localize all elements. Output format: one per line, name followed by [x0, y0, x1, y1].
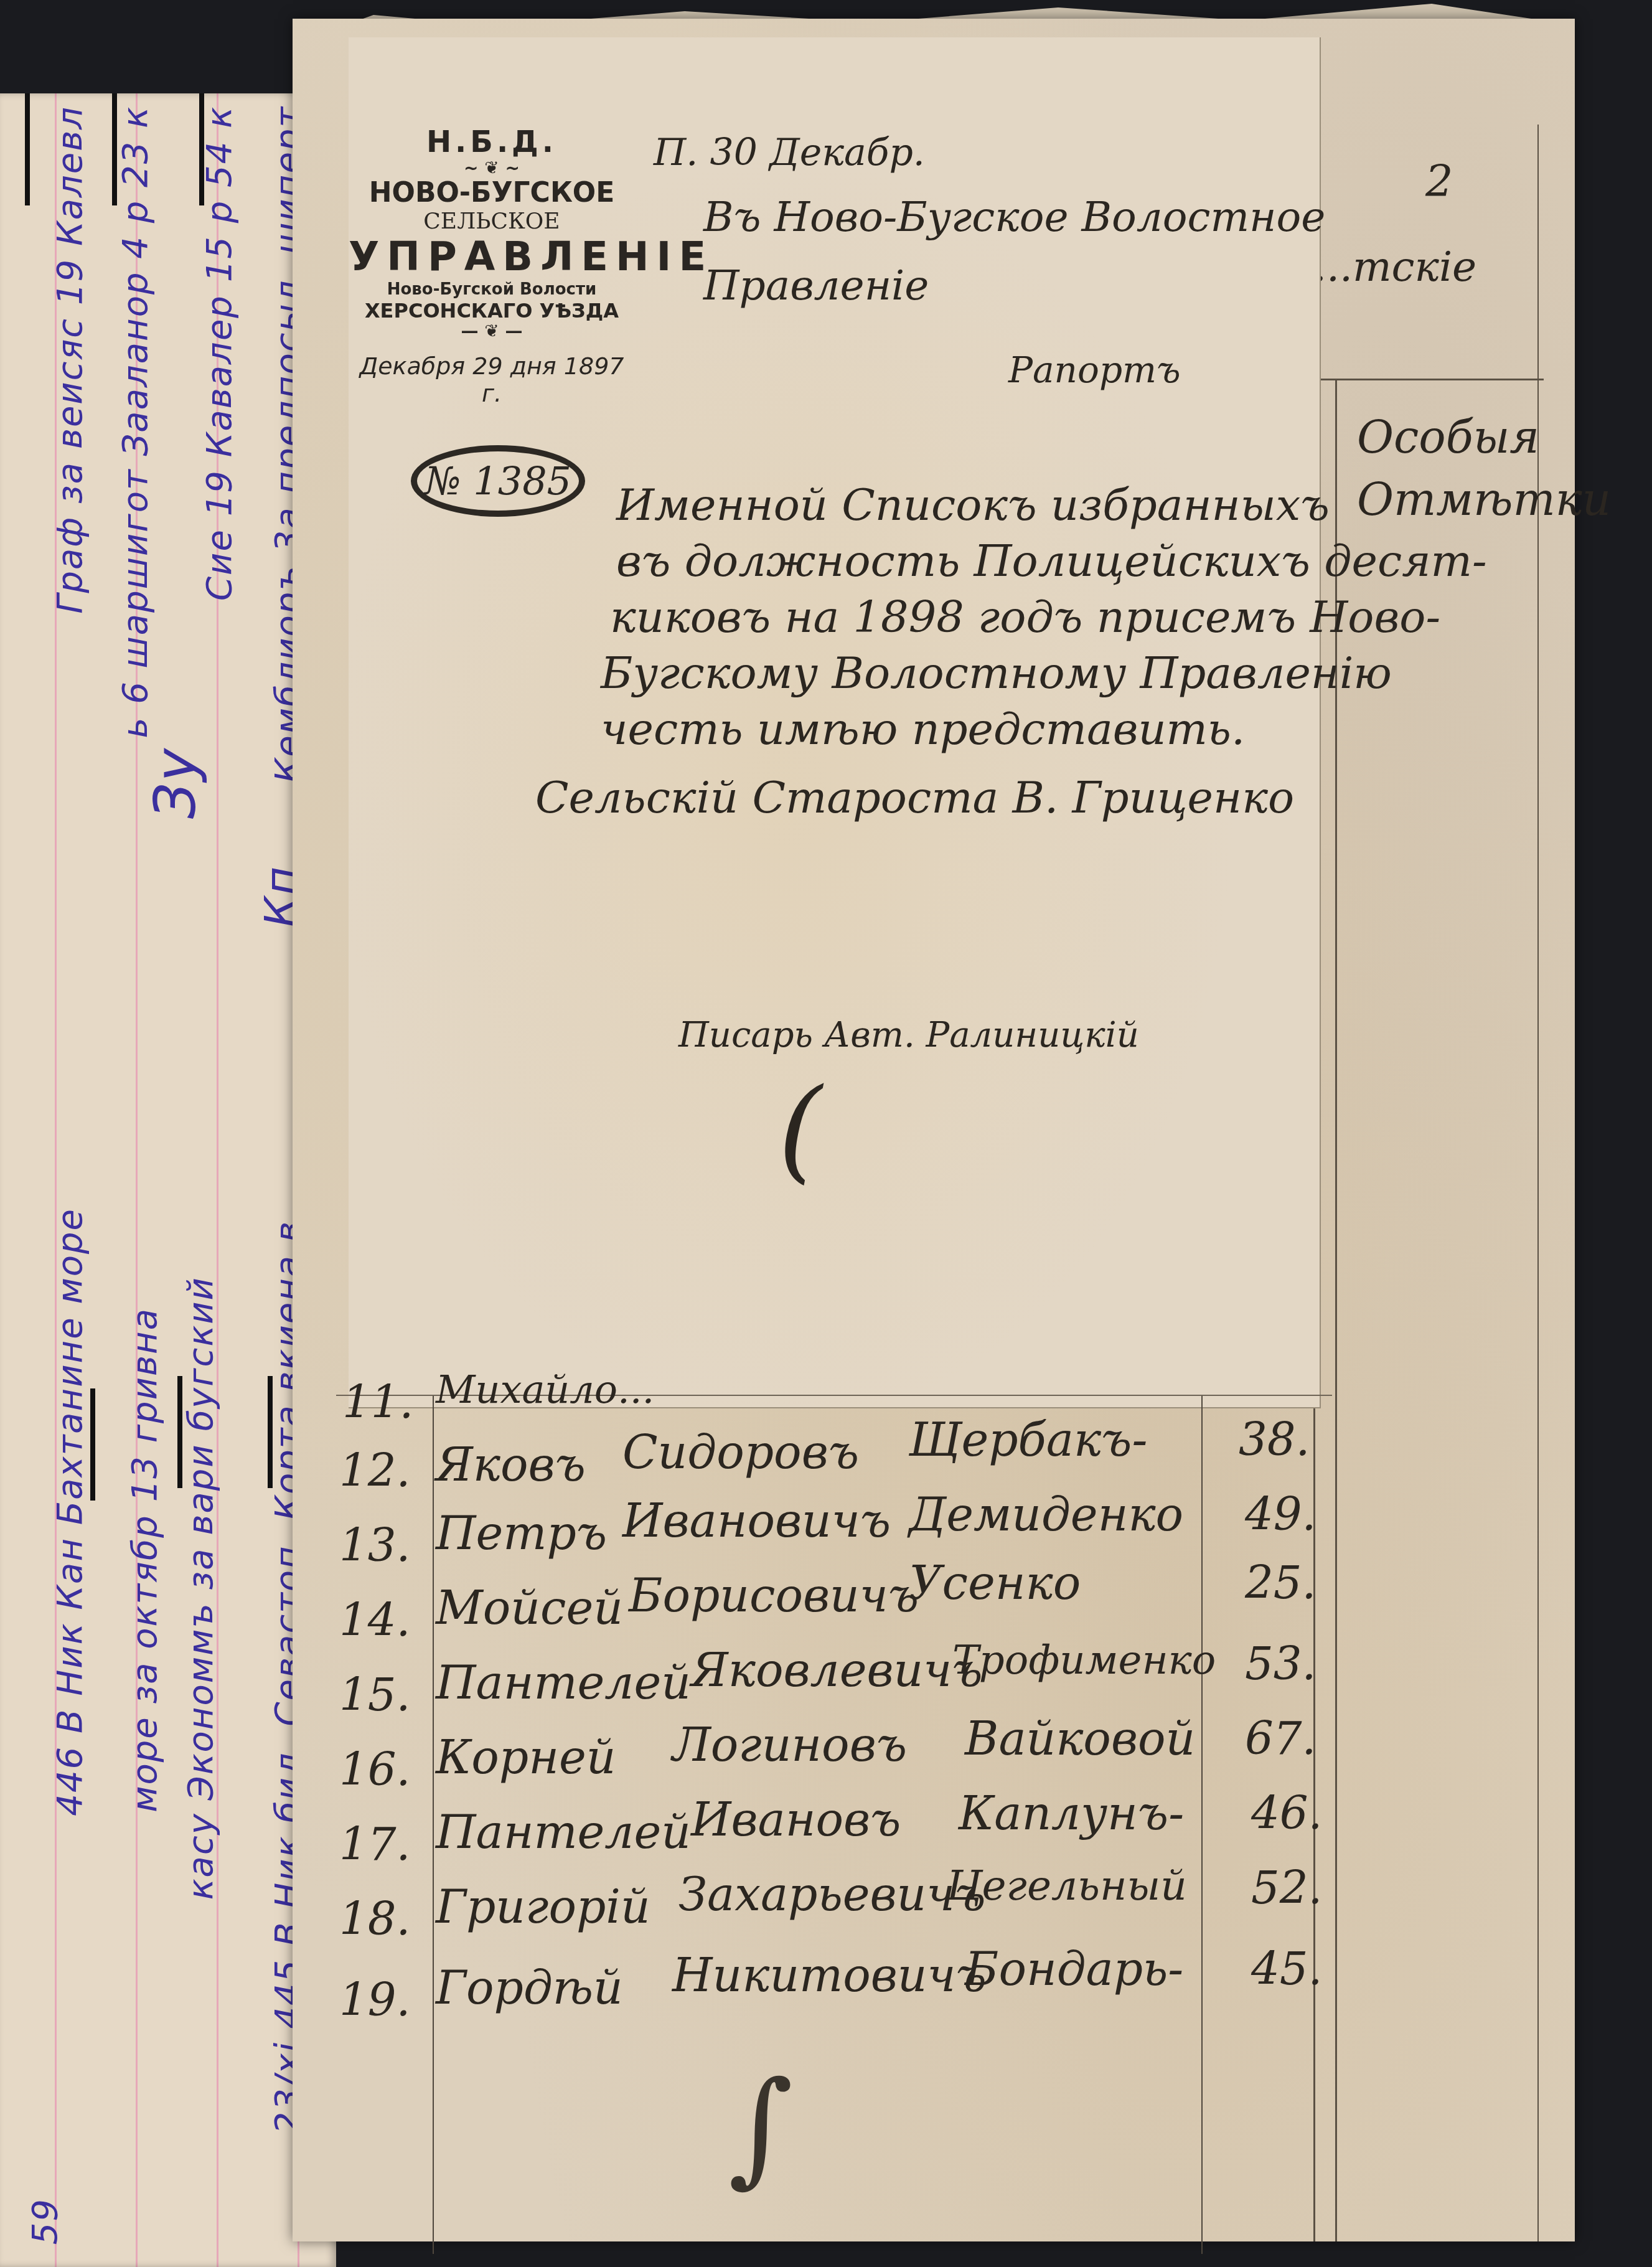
ledger-note: ь 6 шаршигот Зааланор 4 р 23 к [115, 106, 156, 738]
row-number: 12. [339, 1445, 411, 1497]
given-name: Пантелей [436, 1656, 691, 1710]
row-number: 16. [339, 1743, 411, 1796]
report-title: Рапортъ [1008, 349, 1181, 391]
age: 38. [1239, 1413, 1310, 1466]
age: 45. [1251, 1943, 1323, 1995]
body-line: Именной Списокъ избранныхъ [616, 479, 1330, 530]
patronymic: Захарьевичъ [678, 1868, 986, 1921]
age: 52. [1251, 1862, 1323, 1914]
stamp-ornament: — ❦ — [349, 323, 635, 340]
patronymic: Яковлевичъ [691, 1644, 983, 1697]
given-name: Яковъ [436, 1438, 586, 1492]
column-header-partial: ...тскіе [1313, 243, 1476, 291]
stamp-line: УПРАВЛЕНІЕ [349, 234, 635, 280]
table-column-line [1201, 1395, 1203, 2254]
given-name: Мойсей [436, 1581, 623, 1635]
stamp-line: ХЕРСОНСКАГО УѢЗДА [349, 299, 635, 323]
surname: Трофименко [952, 1638, 1216, 1684]
ledger-page-mark: 59 [25, 2198, 65, 2245]
addressee-line-1: Въ Ново-Бугское Волостное [703, 193, 1325, 241]
ledger-note: 446 В Ник Кан Бахтанине море [50, 1208, 90, 1816]
roster-partial-number: 11. [342, 1376, 414, 1428]
given-name: Григорій [436, 1880, 650, 1934]
left-ledger-strip: Кемблиоръ 3а предпосыл. шиперт Сие 19 Ка… [0, 93, 336, 2267]
body-line: въ должность Полицейскихъ десят- [616, 535, 1487, 587]
column-header-remarks-1: Особыя [1357, 411, 1539, 463]
body-line: киковъ на 1898 годъ присемъ Ново- [610, 591, 1440, 643]
stamp-line: Ново-Бугской Волости [349, 280, 635, 299]
table-column-line [433, 1395, 434, 2254]
office-stamp: Н.Б.Д. ~ ❦ ~ НОВО-БУГСКОЕ СЕЛЬСКОЕ УПРАВ… [349, 125, 635, 407]
given-name: Гордѣй [436, 1961, 623, 2015]
addressee-line-2: Правленіе [703, 262, 929, 309]
row-number: 14. [339, 1594, 411, 1646]
patronymic: Борисовичъ [629, 1569, 919, 1623]
row-number: 17. [339, 1818, 411, 1870]
signature-flourish: ( [778, 1065, 822, 1195]
reference-note: П. 30 Декабр. [654, 131, 925, 174]
ledger-note: море за октябр 13 гривна [124, 1308, 165, 1812]
age: 49. [1245, 1488, 1316, 1540]
patronymic: Ивановъ [691, 1793, 901, 1847]
ledger-rule [90, 1388, 95, 1501]
ledger-rule [177, 1376, 182, 1488]
age: 67. [1245, 1712, 1316, 1765]
surname: Бондарь- [965, 1943, 1183, 1996]
surname: Усенко [909, 1557, 1081, 1610]
stamp-date: Декабря 29 дня 1897 г. [349, 352, 635, 407]
ledger-rule [268, 1376, 273, 1488]
given-name: Петръ [436, 1507, 607, 1560]
surname: Щербакъ- [909, 1413, 1147, 1467]
age: 25. [1245, 1557, 1316, 1609]
stamp-line: НОВО-БУГСКОЕ [349, 177, 635, 209]
patronymic: Сидоровъ [622, 1426, 859, 1479]
body-line: Бугскому Волостному Правленію [601, 648, 1392, 699]
body-line: честь имѣю представить. [601, 704, 1245, 755]
elder-signature: Сельскій Староста В. Гриценко [535, 772, 1294, 823]
stamp-line: СЕЛЬСКОЕ [349, 209, 635, 234]
row-number: 15. [339, 1669, 411, 1721]
closing-flourish: ∫ [728, 2055, 793, 2200]
patronymic: Логиновъ [672, 1718, 907, 1772]
page-number: 2 [1425, 156, 1453, 207]
given-name: Пантелей [436, 1806, 691, 1859]
surname: Цегельный [946, 1862, 1187, 1910]
column-header-rule [1313, 379, 1544, 380]
ledger-note: Граф за веисяс 19 Калевл [50, 106, 90, 614]
stamp-ornament: ~ ❦ ~ [349, 159, 635, 177]
surname: Демиденко [909, 1488, 1183, 1542]
row-number: 13. [339, 1519, 411, 1572]
surname: Вайковой [965, 1712, 1195, 1766]
surname: Каплунъ- [959, 1787, 1184, 1840]
given-name: Корней [436, 1731, 616, 1784]
age: 46. [1251, 1787, 1323, 1839]
column-header-remarks-2: Отмѣтки [1357, 473, 1611, 526]
patronymic: Никитовичъ [672, 1949, 987, 2002]
ledger-mark: Зу [143, 747, 209, 819]
ledger-note: касу Экономмъ за вари бугский [181, 1276, 221, 1900]
ledger-rule [25, 93, 30, 205]
row-number: 18. [339, 1893, 411, 1945]
stamp-number-oval: № 1385 [411, 445, 585, 517]
stamp-line: Н.Б.Д. [349, 125, 635, 159]
ledger-note: Сие 19 Кавалер 15 р 54 к [199, 106, 240, 601]
clerk-signature: Писарь Авт. Ралиницкій [678, 1015, 1139, 1055]
age: 53. [1245, 1638, 1316, 1690]
roster-partial-name: Михайло... [436, 1367, 654, 1412]
row-number: 19. [339, 1974, 411, 2026]
patronymic: Ивановичъ [622, 1494, 891, 1548]
